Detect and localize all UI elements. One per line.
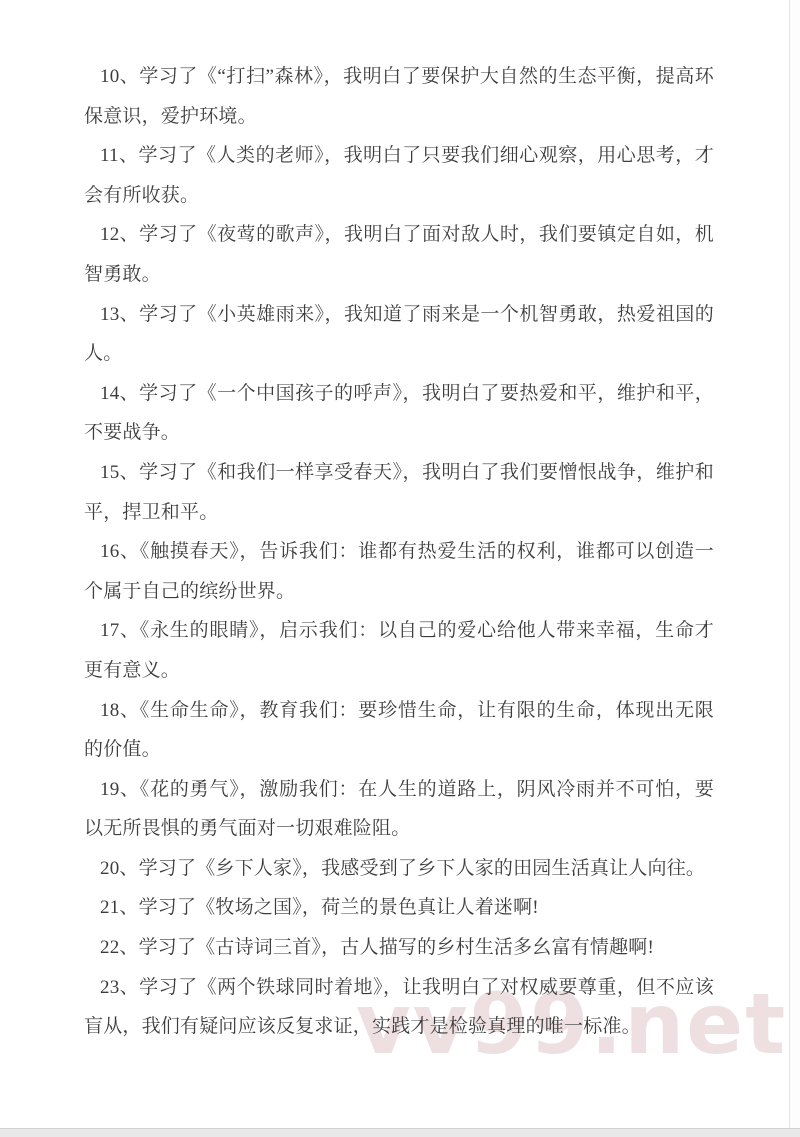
paragraph: 16、《触摸春天》，告诉我们：谁都有热爱生活的权利，谁都可以创造一个属于自己的缤… bbox=[84, 532, 714, 611]
document-body: 10、学习了《“打扫”森林》，我明白了要保护大自然的生态平衡，提高环保意识，爱护… bbox=[84, 57, 714, 1047]
paragraph: 17、《永生的眼睛》，启示我们：以自己的爱心给他人带来幸福，生命才更有意义。 bbox=[84, 611, 714, 690]
paragraph: 14、学习了《一个中国孩子的呼声》，我明白了要热爱和平，维护和平，不要战争。 bbox=[84, 374, 714, 453]
paragraph: 20、学习了《乡下人家》，我感受到了乡下人家的田园生活真让人向往。 bbox=[84, 849, 714, 889]
paragraph: 22、学习了《古诗词三首》，古人描写的乡村生活多幺富有情趣啊! bbox=[84, 928, 714, 968]
document-page: vv99.net 10、学习了《“打扫”森林》，我明白了要保护大自然的生态平衡，… bbox=[0, 0, 800, 1137]
paragraph: 10、学习了《“打扫”森林》，我明白了要保护大自然的生态平衡，提高环保意识，爱护… bbox=[84, 57, 714, 136]
page-bottom-bar bbox=[0, 1128, 800, 1137]
paragraph: 21、学习了《牧场之国》，荷兰的景色真让人着迷啊! bbox=[84, 888, 714, 928]
paragraph: 23、学习了《两个铁球同时着地》，让我明白了对权威要尊重，但不应该盲从，我们有疑… bbox=[84, 968, 714, 1047]
paragraph: 12、学习了《夜莺的歌声》，我明白了面对敌人时，我们要镇定自如，机智勇敢。 bbox=[84, 215, 714, 294]
paragraph: 11、学习了《人类的老师》，我明白了只要我们细心观察，用心思考，才会有所收获。 bbox=[84, 136, 714, 215]
page-right-gutter bbox=[790, 0, 800, 1128]
paragraph: 15、学习了《和我们一样享受春天》，我明白了我们要憎恨战争，维护和平，捍卫和平。 bbox=[84, 453, 714, 532]
paragraph: 18、《生命生命》，教育我们：要珍惜生命，让有限的生命，体现出无限的价值。 bbox=[84, 691, 714, 770]
paragraph: 13、学习了《小英雄雨来》，我知道了雨来是一个机智勇敢，热爱祖国的人。 bbox=[84, 295, 714, 374]
paragraph: 19、《花的勇气》，激励我们：在人生的道路上，阴风冷雨并不可怕，要以无所畏惧的勇… bbox=[84, 770, 714, 849]
